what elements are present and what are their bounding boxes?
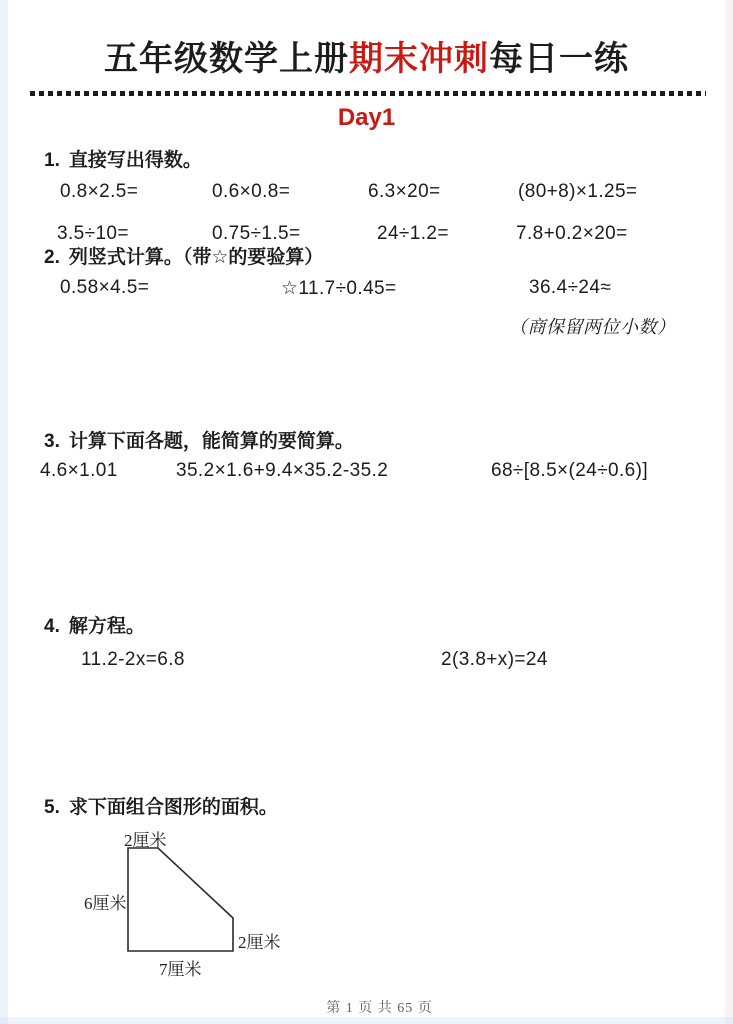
question-1-number: 1.: [44, 150, 60, 171]
q3-expression: 35.2×1.6+9.4×35.2-35.2: [176, 460, 388, 482]
q3-expression: 4.6×1.01: [40, 460, 118, 482]
q1-expression: 7.8+0.2×20=: [516, 223, 628, 245]
q4-equation: 2(3.8+x)=24: [441, 649, 548, 671]
worksheet-page: 五年级数学上册期末冲刺每日一练 Day1 1.直接写出得数。 0.8×2.5= …: [0, 0, 733, 1024]
title-part2: 每日一练: [489, 40, 629, 78]
question-3-number: 3.: [44, 431, 60, 452]
q1-expression: 0.6×0.8=: [212, 181, 290, 203]
figure-label-top: 2厘米: [124, 826, 167, 851]
page-edge-right: [725, 0, 733, 1024]
question-5-heading: 5.求下面组合图形的面积。: [44, 792, 278, 819]
question-1-prompt: 直接写出得数。: [69, 150, 202, 171]
figure-label-bottom: 7厘米: [159, 955, 202, 980]
q4-equation: 11.2-2x=6.8: [81, 649, 185, 671]
q1-expression: 0.8×2.5=: [60, 181, 138, 203]
day-label: Day1: [0, 104, 733, 132]
figure-label-right: 2厘米: [238, 928, 281, 953]
question-5-prompt: 求下面组合图形的面积。: [69, 797, 278, 818]
question-2-heading: 2.列竖式计算。（带☆的要验算）: [44, 242, 323, 269]
question-2-prompt: 列竖式计算。（带☆的要验算）: [69, 247, 324, 268]
q1-expression: 6.3×20=: [368, 181, 441, 203]
q2-expression: 36.4÷24≈: [529, 277, 611, 299]
q2-note: （商保留两位小数）: [509, 313, 676, 339]
q3-expression: 68÷[8.5×(24÷0.6)]: [491, 460, 648, 482]
q1-expression: (80+8)×1.25=: [518, 181, 637, 203]
question-4-prompt: 解方程。: [69, 616, 145, 637]
title-part1: 五年级数学上册: [104, 40, 349, 78]
dotted-divider: [30, 91, 706, 96]
page-footer: 第 1 页 共 65 页: [13, 997, 733, 1017]
question-5-number: 5.: [44, 797, 60, 818]
title-highlight: 期末冲刺: [349, 40, 489, 78]
composite-shape-figure: 2厘米 6厘米 2厘米 7厘米: [80, 825, 292, 979]
q2-expression: 0.58×4.5=: [60, 277, 149, 299]
question-4-heading: 4.解方程。: [44, 611, 145, 638]
q1-expression: 24÷1.2=: [377, 223, 449, 245]
page-edge-bottom: [0, 1017, 733, 1024]
page-title: 五年级数学上册期末冲刺每日一练: [0, 40, 733, 78]
q2-expression: ☆11.7÷0.45=: [281, 277, 397, 300]
question-1-heading: 1.直接写出得数。: [44, 145, 202, 172]
figure-label-left: 6厘米: [84, 889, 127, 914]
question-3-heading: 3.计算下面各题，能简算的要简算。: [44, 426, 354, 453]
question-2-number: 2.: [44, 247, 60, 268]
page-edge-left: [0, 0, 8, 1024]
question-4-number: 4.: [44, 616, 60, 637]
question-3-prompt: 计算下面各题，能简算的要简算。: [69, 431, 354, 452]
